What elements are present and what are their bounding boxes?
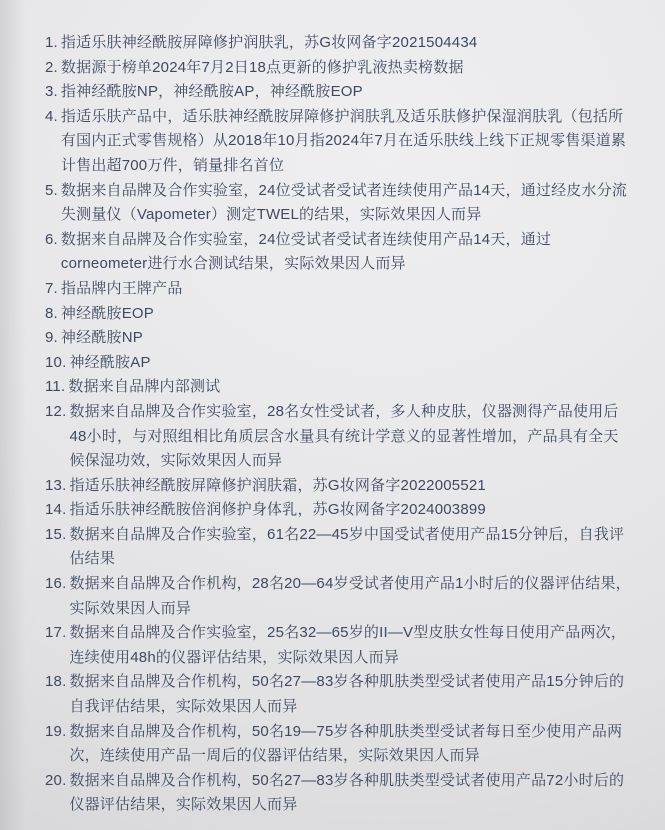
- footnote-item: 18. 数据来自品牌及合作机构，50名27—83岁各种肌肤类型受试者使用产品15…: [45, 670, 631, 719]
- footnote-number: 15.: [45, 523, 66, 548]
- footnote-text: 指适乐肤神经酰胺倍润修护身体乳，苏G妆网备字2024003899: [69, 498, 631, 523]
- footnote-item: 4. 指适乐肤产品中，适乐肤神经酰胺屏障修护润肤乳及适乐肤修护保湿润肤乳（包括所…: [45, 105, 631, 179]
- footnote-text: 指适乐肤神经酰胺屏障修护润肤乳，苏G妆网备字2021504434: [61, 31, 631, 56]
- footnote-text: 数据来自品牌内部测试: [68, 375, 631, 400]
- footnote-number: 20.: [45, 769, 66, 794]
- footnote-text: 数据来自品牌及合作机构，50名19—75岁各种肌肤类型受试者每日至少使用产品两次…: [69, 720, 631, 769]
- footnote-item: 15. 数据来自品牌及合作实验室，61名22—45岁中国受试者使用产品15分钟后…: [45, 523, 631, 572]
- footnote-text: 指适乐肤产品中，适乐肤神经酰胺屏障修护润肤乳及适乐肤修护保湿润肤乳（包括所有国内…: [61, 105, 631, 179]
- footnote-item: 16. 数据来自品牌及合作机构，28名20—64岁受试者使用产品1小时后的仪器评…: [45, 572, 631, 621]
- footnote-text: 数据来自品牌及合作实验室，25名32—65岁的II—V型皮肤女性每日使用产品两次…: [69, 621, 631, 670]
- footnote-text: 数据来自品牌及合作机构，28名20—64岁受试者使用产品1小时后的仪器评估结果，…: [69, 572, 631, 621]
- footnote-item: 13. 指适乐肤神经酰胺屏障修护润肤霜，苏G妆网备字2022005521: [45, 474, 631, 499]
- footnote-item: 10. 神经酰胺AP: [45, 351, 631, 376]
- footnote-number: 11.: [45, 375, 65, 400]
- footnote-text: 数据来自品牌及合作机构，50名27—83岁各种肌肤类型受试者使用产品15分钟后的…: [69, 670, 631, 719]
- footnote-item: 8. 神经酰胺EOP: [45, 302, 631, 327]
- footnote-item: 7. 指品牌内王牌产品: [45, 277, 631, 302]
- footnote-item: 6. 数据来自品牌及合作实验室，24位受试者受试者连续使用产品14天，通过cor…: [45, 228, 631, 277]
- footnote-number: 4.: [45, 105, 58, 130]
- footnote-item: 2. 数据源于榜单2024年7月2日18点更新的修护乳液热卖榜数据: [45, 56, 631, 81]
- footnote-text: 神经酰胺NP: [61, 326, 631, 351]
- footnote-number: 18.: [45, 670, 66, 695]
- footnote-number: 14.: [45, 498, 66, 523]
- footnote-number: 16.: [45, 572, 66, 597]
- footnote-item: 3. 指神经酰胺NP，神经酰胺AP，神经酰胺EOP: [45, 80, 631, 105]
- footnote-number: 6.: [45, 228, 58, 253]
- footnote-text: 数据来自品牌及合作实验室，24位受试者受试者连续使用产品14天，通过经皮水分流失…: [61, 179, 631, 228]
- footnote-item: 12. 数据来自品牌及合作实验室，28名女性受试者，多人种皮肤，仪器测得产品使用…: [45, 400, 631, 474]
- footnote-number: 1.: [45, 31, 58, 56]
- footnote-item: 1. 指适乐肤神经酰胺屏障修护润肤乳，苏G妆网备字2021504434: [45, 31, 631, 56]
- footnote-text: 指适乐肤神经酰胺屏障修护润肤霜，苏G妆网备字2022005521: [69, 474, 631, 499]
- footnotes-list: 1. 指适乐肤神经酰胺屏障修护润肤乳，苏G妆网备字2021504434 2. 数…: [0, 0, 665, 818]
- footnote-item: 20. 数据来自品牌及合作机构，50名27—83岁各种肌肤类型受试者使用产品72…: [45, 769, 631, 818]
- footnote-text: 数据来自品牌及合作实验室，28名女性受试者，多人种皮肤，仪器测得产品使用后48小…: [69, 400, 631, 474]
- footnote-number: 10.: [45, 351, 66, 376]
- footnote-text: 数据来自品牌及合作机构，50名27—83岁各种肌肤类型受试者使用产品72小时后的…: [69, 769, 631, 818]
- footnote-number: 7.: [45, 277, 58, 302]
- footnote-item: 14. 指适乐肤神经酰胺倍润修护身体乳，苏G妆网备字2024003899: [45, 498, 631, 523]
- footnote-text: 神经酰胺EOP: [61, 302, 631, 327]
- footnote-item: 5. 数据来自品牌及合作实验室，24位受试者受试者连续使用产品14天，通过经皮水…: [45, 179, 631, 228]
- footnote-item: 17. 数据来自品牌及合作实验室，25名32—65岁的II—V型皮肤女性每日使用…: [45, 621, 631, 670]
- footnote-text: 指品牌内王牌产品: [61, 277, 631, 302]
- footnote-number: 2.: [45, 56, 58, 81]
- footnote-number: 17.: [45, 621, 66, 646]
- footnote-number: 5.: [45, 179, 58, 204]
- footnote-text: 数据来自品牌及合作实验室，61名22—45岁中国受试者使用产品15分钟后，自我评…: [69, 523, 631, 572]
- footnote-item: 9. 神经酰胺NP: [45, 326, 631, 351]
- footnote-number: 8.: [45, 302, 58, 327]
- footnote-item: 11. 数据来自品牌内部测试: [45, 375, 631, 400]
- footnote-number: 12.: [45, 400, 66, 425]
- footnote-text: 数据源于榜单2024年7月2日18点更新的修护乳液热卖榜数据: [61, 56, 631, 81]
- footnote-number: 9.: [45, 326, 58, 351]
- footnote-text: 神经酰胺AP: [69, 351, 631, 376]
- footnote-text: 数据来自品牌及合作实验室，24位受试者受试者连续使用产品14天，通过corneo…: [61, 228, 631, 277]
- footnote-text: 指神经酰胺NP，神经酰胺AP，神经酰胺EOP: [61, 80, 631, 105]
- footnote-number: 3.: [45, 80, 58, 105]
- footnote-item: 19. 数据来自品牌及合作机构，50名19—75岁各种肌肤类型受试者每日至少使用…: [45, 720, 631, 769]
- product-disclaimer-page: 1. 指适乐肤神经酰胺屏障修护润肤乳，苏G妆网备字2021504434 2. 数…: [0, 0, 665, 830]
- footnote-number: 19.: [45, 720, 66, 745]
- footnote-number: 13.: [45, 474, 66, 499]
